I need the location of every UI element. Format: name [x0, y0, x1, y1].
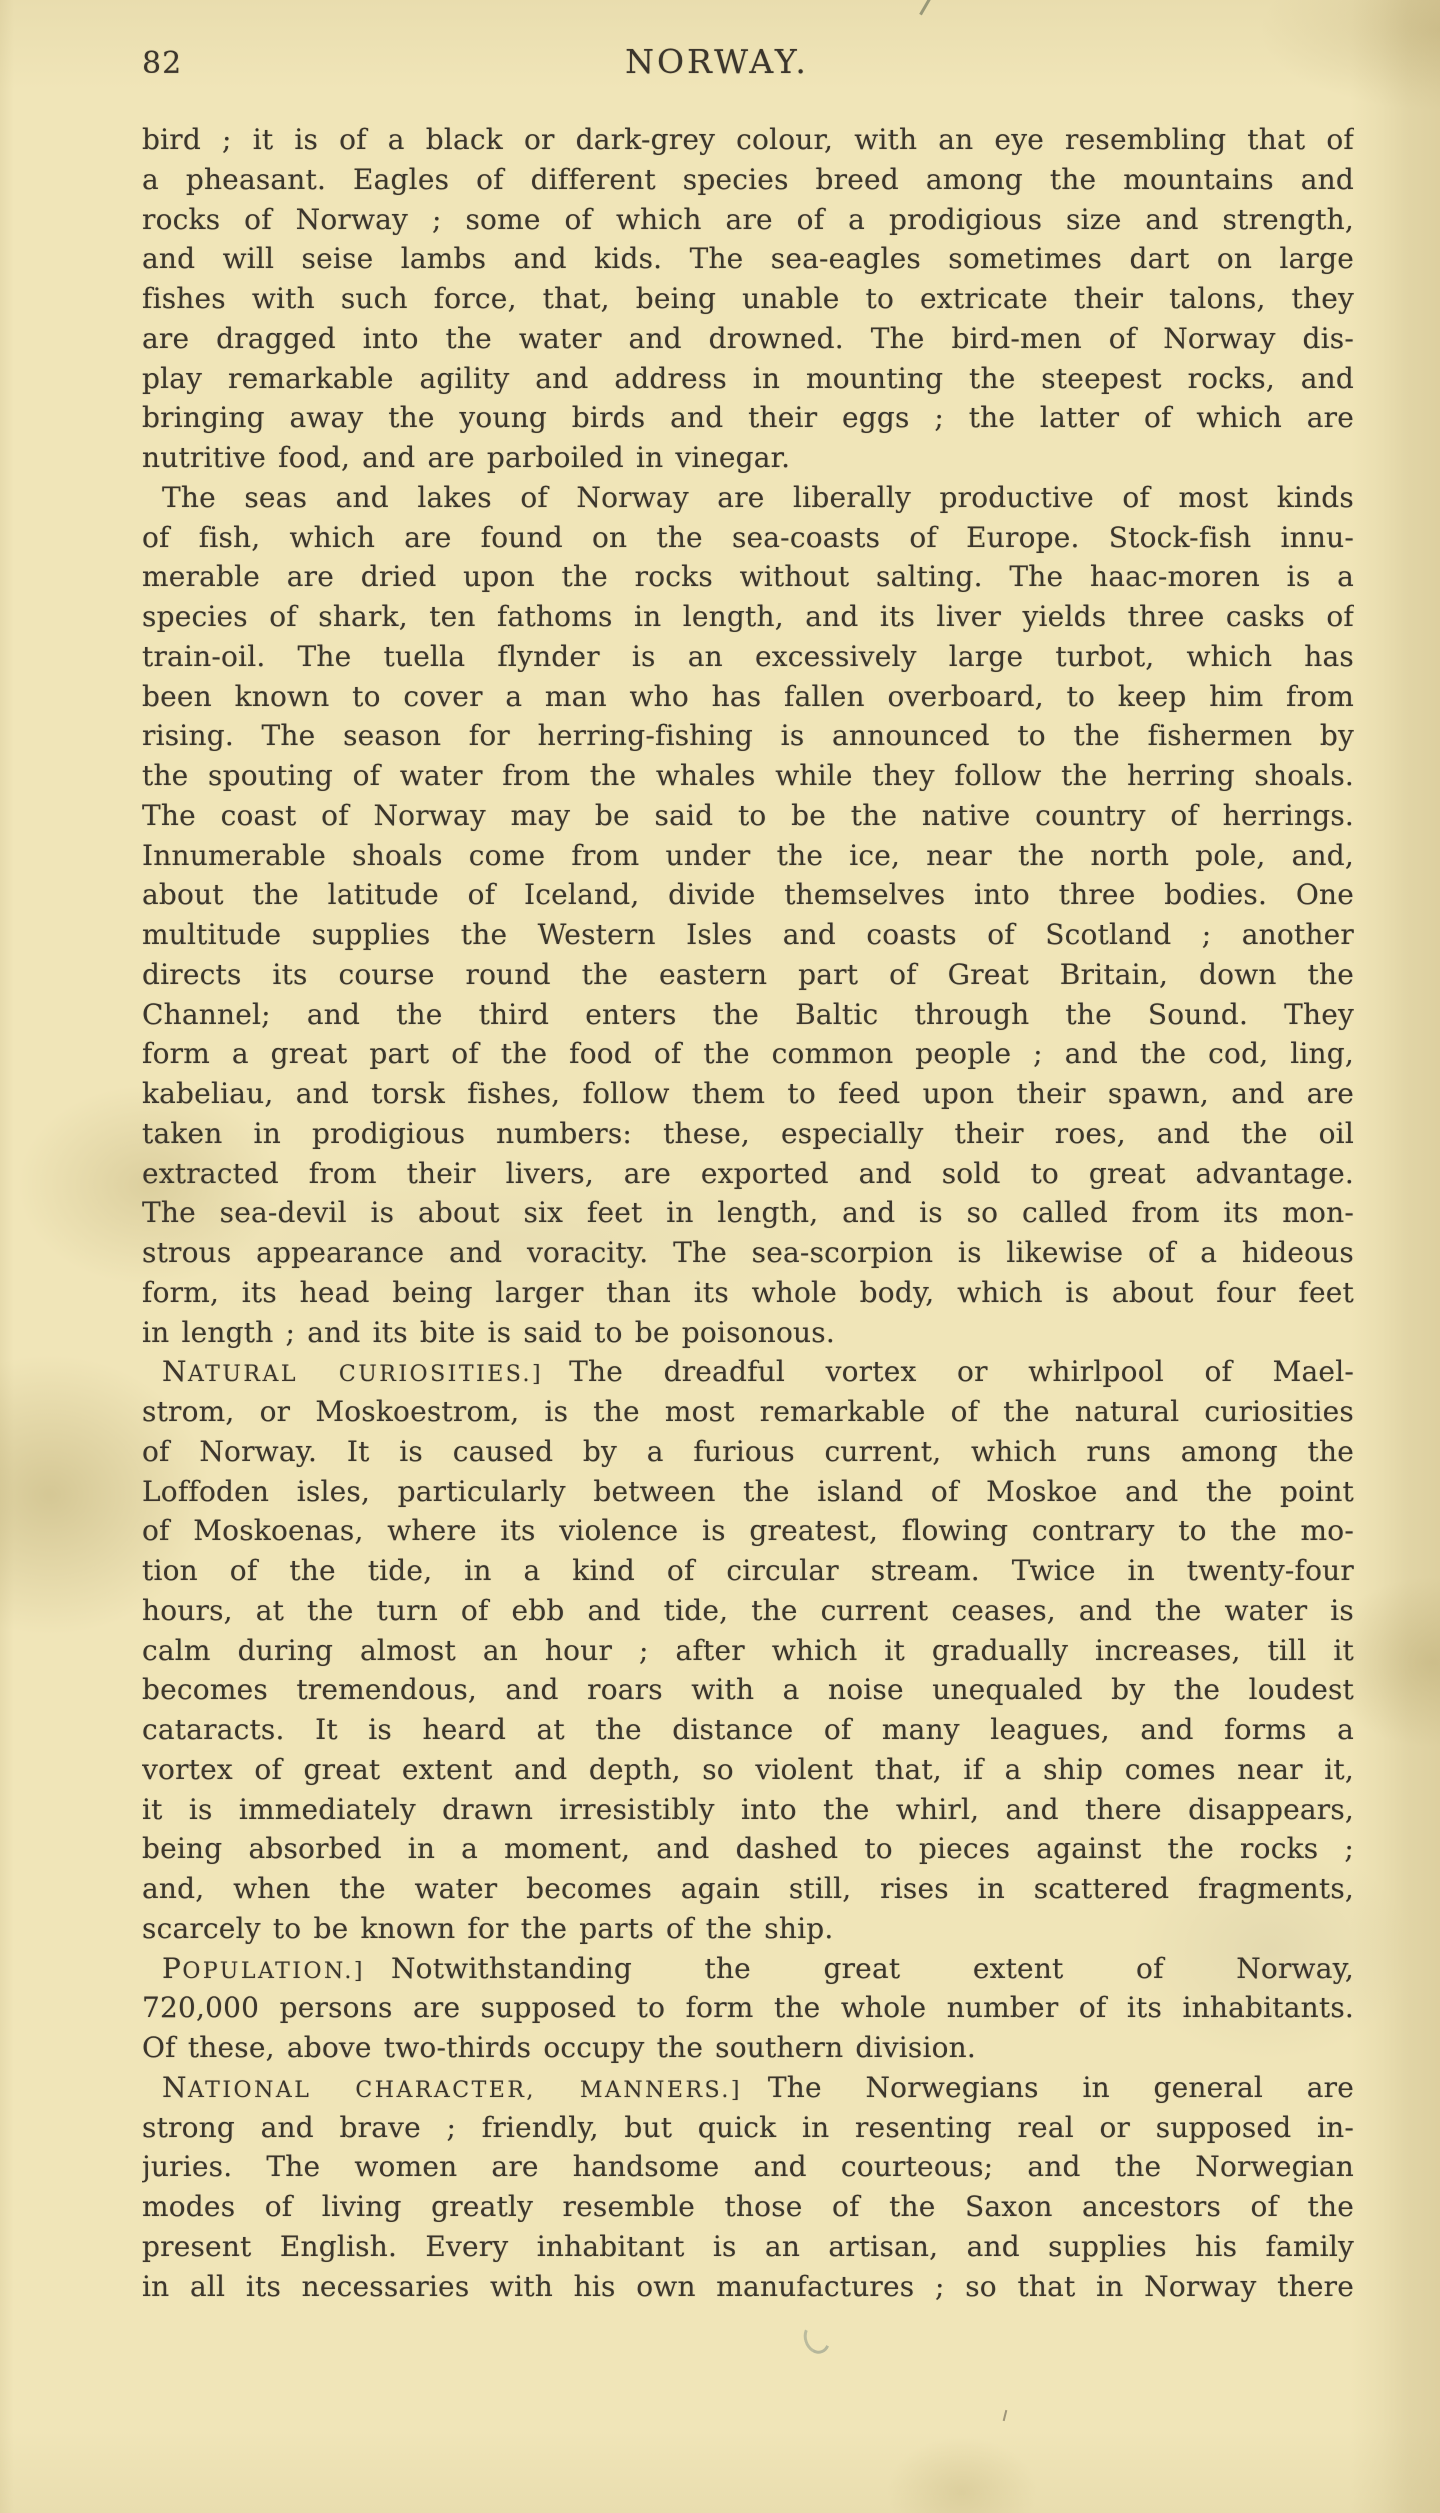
text-line: strous appearance and voracity. The sea-…: [142, 1233, 1354, 1273]
text-line: juries. The women are handsome and court…: [142, 2147, 1354, 2187]
section-heading-initial: P: [162, 1952, 182, 1985]
text-line: in length ; and its bite is said to be p…: [142, 1313, 1354, 1353]
text-line: modes of living greatly resemble those o…: [142, 2187, 1354, 2227]
text-line: hours, at the turn of ebb and tide, the …: [142, 1591, 1354, 1631]
text-line: present English. Every inhabitant is an …: [142, 2227, 1354, 2267]
text-line: being absorbed in a moment, and dashed t…: [142, 1829, 1354, 1869]
text-line: multitude supplies the Western Isles and…: [142, 915, 1354, 955]
text-line: Of these, above two-thirds occupy the so…: [142, 2028, 1354, 2068]
text-line: NATURAL CURIOSITIES.]The dreadful vortex…: [142, 1352, 1354, 1392]
text-line: NATIONAL CHARACTER, MANNERS.]The Norwegi…: [142, 2068, 1354, 2108]
text-line: of fish, which are found on the sea-coas…: [142, 518, 1354, 558]
text-line: vortex of great extent and depth, so vio…: [142, 1750, 1354, 1790]
section-heading-smallcaps: ATIONAL CHARACTER, MANNERS.]: [188, 2078, 742, 2103]
book-page: 82 NORWAY. bird ; it is of a black or da…: [0, 0, 1440, 2513]
text-line: Loffoden isles, particularly between the…: [142, 1472, 1354, 1512]
text-line: about the latitude of Iceland, divide th…: [142, 875, 1354, 915]
text-line: POPULATION.]Notwithstanding the great ex…: [142, 1949, 1354, 1989]
text-line: rocks of Norway ; some of which are of a…: [142, 200, 1354, 240]
text-line: Channel; and the third enters the Baltic…: [142, 995, 1354, 1035]
section-heading-smallcaps: ATURAL CURIOSITIES.]: [188, 1362, 543, 1387]
text-line: bringing away the young birds and their …: [142, 398, 1354, 438]
text-line: The seas and lakes of Norway are liberal…: [142, 478, 1354, 518]
section-heading-smallcaps: OPULATION.]: [182, 1959, 365, 1984]
text-line: extracted from their livers, are exporte…: [142, 1154, 1354, 1194]
text-line: in all its necessaries with his own manu…: [142, 2267, 1354, 2307]
text-line: 720,000 persons are supposed to form the…: [142, 1988, 1354, 2028]
text-line: and, when the water becomes again still,…: [142, 1869, 1354, 1909]
section-heading-following-text: Notwithstanding the great extent of Norw…: [391, 1952, 1354, 1985]
text-line: tion of the tide, in a kind of circular …: [142, 1551, 1354, 1591]
text-line: play remarkable agility and address in m…: [142, 359, 1354, 399]
text-line: strom, or Moskoestrom, is the most remar…: [142, 1392, 1354, 1432]
pencil-squiggle-mark: [800, 2319, 835, 2357]
text-line: are dragged into the water and drowned. …: [142, 319, 1354, 359]
text-line: fishes with such force, that, being unab…: [142, 279, 1354, 319]
text-line: bird ; it is of a black or dark-grey col…: [142, 120, 1354, 160]
text-line: form, its head being larger than its who…: [142, 1273, 1354, 1313]
page-title: NORWAY.: [142, 42, 1292, 81]
text-line: becomes tremendous, and roars with a noi…: [142, 1670, 1354, 1710]
text-line: taken in prodigious numbers: these, espe…: [142, 1114, 1354, 1154]
text-line: nutritive food, and are parboiled in vin…: [142, 438, 1354, 478]
text-line: directs its course round the eastern par…: [142, 955, 1354, 995]
text-line: scarcely to be known for the parts of th…: [142, 1909, 1354, 1949]
text-line: and will seise lambs and kids. The sea-e…: [142, 239, 1354, 279]
text-line: calm during almost an hour ; after which…: [142, 1631, 1354, 1671]
section-heading-following-text: The Norwegians in general are: [768, 2071, 1354, 2104]
text-line: a pheasant. Eagles of different species …: [142, 160, 1354, 200]
text-line: merable are dried upon the rocks without…: [142, 557, 1354, 597]
ink-speck: [1003, 2410, 1008, 2421]
section-heading-initial: N: [162, 1355, 188, 1388]
text-block: bird ; it is of a black or dark-grey col…: [142, 120, 1354, 2306]
pen-mark: [919, 0, 932, 15]
section-heading-initial: N: [162, 2071, 188, 2104]
text-line: been known to cover a man who has fallen…: [142, 677, 1354, 717]
text-line: form a great part of the food of the com…: [142, 1034, 1354, 1074]
text-line: species of shark, ten fathoms in length,…: [142, 597, 1354, 637]
text-line: The sea-devil is about six feet in lengt…: [142, 1193, 1354, 1233]
text-line: The coast of Norway may be said to be th…: [142, 796, 1354, 836]
section-heading-following-text: The dreadful vortex or whirlpool of Mael…: [569, 1355, 1354, 1388]
text-line: strong and brave ; friendly, but quick i…: [142, 2108, 1354, 2148]
text-line: train-oil. The tuella flynder is an exce…: [142, 637, 1354, 677]
text-line: rising. The season for herring-fishing i…: [142, 716, 1354, 756]
text-line: cataracts. It is heard at the distance o…: [142, 1710, 1354, 1750]
text-line: Innumerable shoals come from under the i…: [142, 836, 1354, 876]
text-line: of Moskoenas, where its violence is grea…: [142, 1511, 1354, 1551]
text-line: kabeliau, and torsk fishes, follow them …: [142, 1074, 1354, 1114]
text-line: it is immediately drawn irresistibly int…: [142, 1790, 1354, 1830]
text-line: of Norway. It is caused by a furious cur…: [142, 1432, 1354, 1472]
text-line: the spouting of water from the whales wh…: [142, 756, 1354, 796]
